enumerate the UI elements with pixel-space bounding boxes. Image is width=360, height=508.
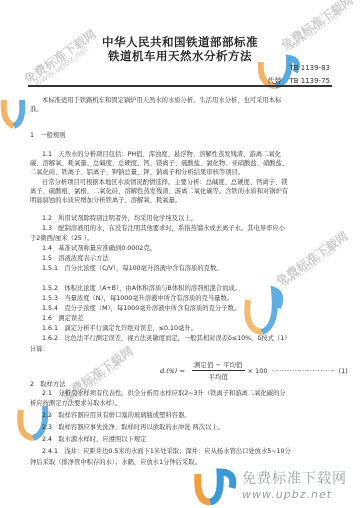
document-line: 计算：: [30, 346, 332, 354]
document-line: 离子、硫酸根、氯根、二氧化硅、溶解性蒸发残渣、游离二氧化碳等。含铁的水质和对锅炉…: [30, 188, 332, 196]
document-line: 1.5.4 克分子浓度（M），每1000毫升溶液中所含有溶质的克分子数。: [42, 305, 344, 313]
document-line: 2.4 取水源水样时，应遵照以下规定: [42, 436, 344, 444]
document-line: 钟后采取（排净管中积存的水）；水鹤，应放水1分钟后采取。: [30, 459, 332, 467]
document-line: 1.1 天然水的分析项目包括：PH值、浑浊度、悬浮物、溶解性蒸发残渣、游离二氧化: [42, 151, 344, 159]
formula-lhs: d.(%) =: [160, 367, 185, 375]
up-logo-icon: [0, 92, 30, 137]
header-divider: [28, 85, 332, 87]
document-line: 1.6.1 滴定分析平行滴定允许绝对误差，≤0.10毫升。: [42, 325, 344, 333]
document-line: 2 取样方法: [30, 381, 332, 389]
document-line: 1.6 测定误差: [42, 315, 344, 323]
replaces-value: TB 1139-75: [289, 77, 330, 85]
document-line: 2.4.1 浅井：应距井边0.5米的水面下1米处采取；深井：应从扬水管出口处放水…: [42, 448, 344, 456]
site-name: 免费标准下载网: [242, 468, 347, 488]
document-line: 1.5.1 百分比浓度（C/V），每100毫升溶液中含有溶质的克数。: [42, 265, 344, 273]
formula-denominator: 平均值: [209, 371, 229, 381]
standard-code: TB 1139-83: [289, 64, 330, 72]
intro-line: 准。: [30, 106, 332, 114]
document-line: 日常分析项目可根据本地区水质情况酌情选择。主要分析：总碱度、总硬度、钙离子、镁: [42, 179, 344, 187]
formula-number: (1): [339, 367, 348, 375]
document-line: 2.2 取样容器应用具有磨口塞的玻璃瓶或塑料容器。: [42, 412, 344, 420]
document-line: 1.5 溶液浓度表示方法: [42, 255, 344, 263]
formula-leader-dots: ·························: [271, 367, 335, 375]
document-line: 1.4 基准试剂称量应准确到0.0002克。: [42, 245, 344, 253]
document-line: 明显腐蚀的水质应增加分析铁离子、溶解氧、耗氧量。: [30, 197, 332, 205]
document-line: 1.6.2 比色法平行测定误差，视方法灵敏度而定，一般其相对误差δ≤10%，δ按…: [42, 335, 344, 343]
document-line: 1.3 配制溶液用的水，在没有注明其他要求时，系指蒸馏水或去离子水。其电导率应小: [42, 225, 344, 233]
up-logo-icon: [192, 468, 240, 508]
intro-line: 本标准适用于铁路机车和固定锅炉用天然水的水质分析。生活用水分析，也可采用本标: [42, 97, 344, 105]
document-line: 1.2 所用试剂除特别注明者外，均采用化学纯及以上。: [42, 215, 344, 223]
document-page: 免费标准下载网 www.upbz.net 免费标准下载网 www.upbz.ne…: [0, 0, 360, 508]
document-title: 铁道机车用天然水分析方法: [0, 48, 360, 64]
document-line: 1 一般规则: [30, 132, 332, 140]
formula-1: d.(%) = 测定值 − 平均值 平均值 × 100 ············…: [160, 360, 348, 381]
document-line: 1.5.2 体积比浓度（A+B），由A体积溶质与B体积的溶剂相混合而成。: [42, 285, 344, 293]
document-line: 2.3 取样容器应事先洗净，取样时再以欲取的水冲洗 两次以上。: [42, 424, 344, 432]
document-line: 二氧化硅、铁离子、铝离子、钾钠总量、钾、钠离子和分析结果审核等项目。: [30, 169, 332, 177]
site-logo: 免费标准下载网 www.upbz.net: [192, 468, 360, 508]
formula-multiplier: × 100: [248, 367, 268, 375]
document-line: 2.1 分析用水样须有代表性，供全分析用水样应取2~3升（铁离子和游离二氧化碳的…: [42, 390, 344, 398]
formula-fraction: 测定值 − 平均值 平均值: [192, 360, 245, 381]
document-line: 1.5.3 当量浓度（N），每1000毫升溶液中所含有溶质的克当量数。: [42, 295, 344, 303]
formula-numerator: 测定值 − 平均值: [192, 360, 245, 371]
replaces-label: 代替: [267, 77, 281, 85]
site-url: www.upbz.net: [242, 488, 332, 501]
document-line: 析应按测定方法要求另取水样）。: [30, 400, 332, 408]
document-line: 于2微西/厘米（25 ）。: [30, 235, 332, 243]
document-line: 碳、溶解氧、耗氧量、总碱度、总硬度、钙、镁离子、硫酸盐、氯化物、亚硝酸盐、硝酸盐…: [30, 160, 332, 168]
